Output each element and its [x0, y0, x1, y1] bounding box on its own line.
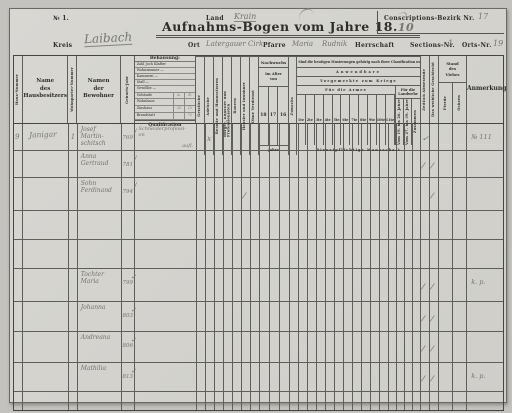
landwehr-cell: [413, 151, 421, 177]
ort-label: Ort: [188, 42, 200, 49]
age-cell: [260, 151, 270, 177]
zuwachs-cell: [290, 240, 299, 268]
age-cell: [260, 178, 270, 210]
anwendbare-line3: Vorgemerkte zum Kriege: [297, 77, 420, 86]
class-cell: [353, 211, 362, 239]
status-cell: [215, 332, 224, 362]
birth-year-value: 781: [122, 156, 134, 168]
status-cell: [206, 392, 215, 410]
remark-cell: k. p.: [467, 269, 503, 301]
resident-name-lines: Johanna: [78, 302, 121, 311]
column-header-label: Haus-Nummer: [16, 74, 20, 105]
status-cell: [224, 124, 233, 150]
livestock-columns: PferdeOchsen: [439, 83, 466, 123]
ort-value: Latergauer Cirk.: [206, 40, 265, 48]
livestock-cell: [453, 392, 467, 410]
age-cell: [280, 240, 290, 268]
remark-cell: [467, 392, 503, 410]
class-cell: [389, 392, 398, 410]
livestock-cell: [453, 269, 467, 301]
tally-mark: /: [422, 374, 426, 383]
livestock-cell: [453, 363, 467, 391]
class-cell: [353, 363, 362, 391]
livestock-cell: [453, 240, 467, 268]
class-cell: [389, 332, 398, 362]
class-cell: [335, 151, 344, 177]
qualification-line: on: [138, 132, 195, 138]
building-row: Brandstatt72: [135, 113, 195, 120]
party-number-value: 1: [69, 133, 75, 141]
column-header-label: Geburts-Jahr: [126, 76, 130, 104]
owner-name-cell: [23, 302, 69, 331]
landwehr-cell: [413, 269, 421, 301]
birth-year-cell: 799✓: [122, 269, 136, 301]
status-cell: [242, 240, 251, 268]
landwehr-cell: [405, 269, 413, 301]
livestock-cell: [439, 302, 453, 331]
status-cell: [251, 240, 260, 268]
status-cell: [197, 178, 206, 210]
table-row: Mathilia813✓//k. p.: [14, 363, 503, 392]
resident-name-cell: [78, 211, 122, 239]
class-cell: [380, 302, 389, 331]
livestock-cell: [439, 211, 453, 239]
column-header-label: Geistliche: [198, 95, 202, 117]
landwehr-cell: [397, 178, 405, 210]
class-cell: [308, 332, 317, 362]
age-cell: [260, 302, 270, 331]
post-cell: /: [430, 363, 439, 391]
remark-cell: [467, 302, 503, 331]
table-row: [14, 240, 503, 269]
class-cell: [389, 363, 398, 391]
birth-year-cell: 769/: [122, 124, 136, 150]
classification-group: Classification des männlichen Geschlecht…: [196, 56, 421, 123]
status-cell: [197, 151, 206, 177]
post-cell: [430, 392, 439, 410]
building-value-a: A.: [174, 93, 185, 99]
resident-name-lines: AnnaGertraud: [78, 151, 121, 167]
class-cell: [326, 332, 335, 362]
house-number-cell: [14, 240, 23, 268]
resident-name-lines: SohnFerdinand: [78, 178, 121, 194]
class-cell: [344, 392, 353, 410]
table-header: Haus-Nummer Name des Hausbesitzers Wohnp…: [14, 56, 503, 124]
age-cell: [280, 124, 290, 150]
tally-mark: /: [431, 191, 435, 200]
pfarre-value-2: Rudnik: [322, 40, 347, 48]
owner-name-cell: [23, 363, 69, 391]
qualification-cell: [135, 178, 197, 210]
age-cell: [260, 211, 270, 239]
post-cell: /: [430, 178, 439, 210]
birth-year-cell: 813✓: [122, 363, 136, 391]
class-cell: [308, 124, 317, 150]
resident-name-line: Sohn: [81, 180, 120, 187]
house-number-value: 9: [14, 133, 19, 141]
class-cell: [308, 240, 317, 268]
birth-year-value: 769: [122, 129, 134, 141]
herrschaft-label: Herrschaft: [355, 42, 394, 49]
class-cell: [326, 151, 335, 177]
party-number-cell: [69, 178, 78, 210]
class-cell: [380, 240, 389, 268]
livestock-group: Stand des Viehes PferdeOchsen: [439, 56, 467, 123]
class-cell: [371, 240, 380, 268]
landwehr-cell: [413, 332, 421, 362]
class-cell: [299, 124, 308, 150]
age-cell: [270, 302, 280, 331]
status-cell: [197, 392, 206, 410]
dwelling-rows: Zahl Joch KlafterWohnzimmer —Kammern —St…: [135, 62, 195, 93]
birth-year-cell: [122, 392, 136, 410]
livestock-cell: [453, 302, 467, 331]
landwehr-cell: [405, 151, 413, 177]
status-cell: [224, 211, 233, 239]
house-number-cell: [14, 302, 23, 331]
building-label: Brandstatt: [135, 113, 174, 119]
class-cell: [299, 332, 308, 362]
qualification-cell: [135, 332, 197, 362]
landwehr-cell: [413, 363, 421, 391]
livestock-cell: [453, 124, 467, 150]
class-cell: [326, 124, 335, 150]
class-cell: [389, 269, 398, 301]
age-cell: [280, 363, 290, 391]
post-cell: /: [421, 302, 430, 331]
class-cell: [362, 392, 371, 410]
house-number-cell: [14, 392, 23, 410]
party-number-cell: [69, 363, 78, 391]
party-number-cell: [69, 211, 78, 239]
post-column-header: Zeitlich Abwesende: [421, 56, 430, 123]
age-cell: [270, 151, 280, 177]
party-number-cell: [69, 332, 78, 362]
owner-name-cell: [23, 240, 69, 268]
building-row: Wohnhaus: [135, 99, 195, 106]
class-cell: [335, 211, 344, 239]
class-cell: [371, 302, 380, 331]
party-number-cell: [69, 302, 78, 331]
status-cell: [197, 332, 206, 362]
building-value-b: 72: [185, 113, 195, 119]
landwehr-cell: [405, 124, 413, 150]
landwehr-cell: [397, 151, 405, 177]
tally-mark: /: [431, 161, 435, 170]
class-cell: [362, 151, 371, 177]
class-cell: [308, 151, 317, 177]
party-number-cell: [69, 392, 78, 410]
tally-mark: /: [431, 374, 435, 383]
status-cell: [251, 302, 260, 331]
status-cell: [215, 211, 224, 239]
tally-mark: /: [422, 282, 426, 291]
resident-name-cell: SohnFerdinand: [78, 178, 122, 210]
status-cell: [224, 178, 233, 210]
landwehr-cell: [413, 178, 421, 210]
landwehr-cell: [413, 211, 421, 239]
class-cell: [371, 211, 380, 239]
class-cell: [317, 332, 326, 362]
age-cell: [280, 178, 290, 210]
status-cell: /: [242, 178, 251, 210]
post-cell: [421, 178, 430, 210]
class-cell: [299, 178, 308, 210]
class-cell: [299, 151, 308, 177]
class-cell: [362, 302, 371, 331]
status-cell: [224, 302, 233, 331]
livestock-cell: [453, 211, 467, 239]
livestock-cell: [439, 151, 453, 177]
conscription-value: 17: [478, 12, 488, 21]
livestock-cell: [439, 332, 453, 362]
class-cell: [308, 392, 317, 410]
status-cell: [251, 269, 260, 301]
armee-title: Für die Armee: [297, 86, 395, 95]
class-cell: [299, 269, 308, 301]
post-column-header: Das weibliche Geschlecht: [430, 56, 439, 123]
status-cell: [224, 332, 233, 362]
table-row: Johanna803✓//: [14, 302, 503, 332]
class-cell: [317, 302, 326, 331]
class-cell: [380, 124, 389, 150]
landwehr-cell: [405, 178, 413, 210]
column-header-owner: Name des Hausbesitzers: [23, 56, 69, 123]
class-cell: [317, 269, 326, 301]
status-cell: [251, 332, 260, 362]
column-header-label: Ochsen: [458, 95, 462, 111]
status-cell: [197, 211, 206, 239]
landwehr-cell: [397, 211, 405, 239]
livestock-cell: [439, 178, 453, 210]
class-cell: [353, 240, 362, 268]
tally-mark: /: [242, 191, 246, 200]
age-cell: [270, 240, 280, 268]
landwehr-cell: [413, 302, 421, 331]
class-cell: [335, 392, 344, 410]
age-cell: [270, 392, 280, 410]
landwehr-cell: [397, 124, 405, 150]
house-number-cell: 9: [14, 124, 23, 150]
column-header-dwelling: Behausung: Zahl Joch KlafterWohnzimmer —…: [135, 56, 196, 123]
status-cell: [251, 392, 260, 410]
section-value: 1: [448, 39, 453, 48]
remark-cell: [467, 332, 503, 362]
class-cell: [362, 211, 371, 239]
status-cell: [206, 178, 215, 210]
resident-name-lines: TochterMaria: [78, 269, 121, 285]
qualification-lines: Schneiderprofessi-on: [135, 124, 196, 138]
house-number-cell: [14, 363, 23, 391]
birth-year-cell: 781/: [122, 151, 136, 177]
class-cell: [380, 392, 389, 410]
tally-mark: /: [431, 344, 435, 353]
landwehr-cell: [405, 240, 413, 268]
class-cell: [362, 332, 371, 362]
kreis-value: Laibach: [84, 30, 133, 48]
zuwachs-cell: [290, 302, 299, 331]
qualification-extra: aufl.: [182, 143, 193, 149]
post-cell: /: [421, 363, 430, 391]
resident-name-line: Anna: [81, 153, 120, 160]
resident-name-line: Ferdinand: [81, 187, 120, 194]
status-cell: [215, 151, 224, 177]
resident-name-line: Tochter: [81, 271, 120, 278]
age-cell: [260, 332, 270, 362]
building-value-a: [174, 113, 185, 119]
owner-name-cell: [23, 392, 69, 410]
class-cell: [362, 269, 371, 301]
tally-mark: ✓: [422, 134, 430, 144]
column-header-birth-year: Geburts-Jahr: [121, 56, 135, 123]
status-cell: [206, 151, 215, 177]
class-cell: [353, 269, 362, 301]
class-cell: [371, 269, 380, 301]
age-cell: [260, 392, 270, 410]
class-cell: [299, 302, 308, 331]
form-header: № 1. Land Krain Aufnahms-Bogen vom Jahre…: [10, 9, 506, 55]
age-cell: [280, 211, 290, 239]
livestock-cell: [439, 240, 453, 268]
nachwuchs-title: Nachwuchs: [259, 57, 288, 68]
class-cell: [353, 332, 362, 362]
owner-name-cell: Janigar: [23, 124, 69, 150]
class-cell: [344, 151, 353, 177]
kreis-label: Kreis: [53, 42, 72, 49]
landwehr-cell: [405, 363, 413, 391]
status-cell: [233, 363, 242, 391]
status-cell: [242, 151, 251, 177]
column-header-label: Pferde: [444, 96, 448, 110]
building-value-b: 12: [185, 106, 195, 112]
landwehr-cell: [397, 269, 405, 301]
scanned-document-page: № 1. Land Krain Aufnahms-Bogen vom Jahre…: [0, 0, 512, 413]
class-cell: [308, 178, 317, 210]
column-header-party: Wohnpartei-Nummer: [68, 56, 77, 123]
column-header-label: Zuwachs: [291, 97, 295, 115]
class-cell: [380, 363, 389, 391]
status-cell: [251, 151, 260, 177]
zuwachs-cell: [290, 178, 299, 210]
qualification-cell: [135, 240, 197, 268]
livestock-cell: [439, 363, 453, 391]
resident-name-cell: Johanna: [78, 302, 122, 331]
resident-name-cell: Andreana: [78, 332, 122, 362]
qualification-cell: [135, 302, 197, 331]
pfarre-label: Pfarre: [263, 42, 286, 49]
status-cell: [233, 124, 242, 150]
class-cell: [326, 363, 335, 391]
table-row: [14, 211, 503, 240]
landwehr-cell: [397, 332, 405, 362]
remark-cell: k. p.: [467, 363, 503, 391]
class-cell: [335, 302, 344, 331]
class-cell: [353, 302, 362, 331]
age-cell: [270, 124, 280, 150]
status-cell: [215, 178, 224, 210]
status-cell: [233, 151, 242, 177]
status-cell: [242, 302, 251, 331]
class-cell: [317, 124, 326, 150]
house-number-cell: [14, 269, 23, 301]
status-cell: [215, 392, 224, 410]
status-cell: [233, 392, 242, 410]
class-cell: [362, 363, 371, 391]
class-cell: [353, 392, 362, 410]
age-cell: [270, 363, 280, 391]
qualification-cell: [135, 392, 197, 410]
zuwachs-cell: [290, 211, 299, 239]
anwendbare-line1: 2. Sind die heutigen Musterungen gehörig…: [297, 57, 420, 68]
class-cell: [380, 269, 389, 301]
table-row: 9Janigar1JosefMartin-schitsch769/Schneid…: [14, 124, 503, 151]
class-cell: [317, 240, 326, 268]
post-cell: /: [430, 332, 439, 362]
status-cell: [233, 332, 242, 362]
class-cell: [371, 124, 380, 150]
status-cell: [233, 240, 242, 268]
class-cell: [299, 392, 308, 410]
status-cell: [224, 151, 233, 177]
building-value-a: [174, 99, 185, 105]
owner-name-cell: [23, 211, 69, 239]
status-cell: [242, 392, 251, 410]
status-cell: [197, 124, 206, 150]
form-sheet: № 1. Land Krain Aufnahms-Bogen vom Jahre…: [9, 8, 507, 403]
landwehr-cell: [397, 240, 405, 268]
class-cell: [389, 302, 398, 331]
class-cell: [317, 211, 326, 239]
status-cell: [233, 302, 242, 331]
resident-name-line: Mathilia: [81, 365, 120, 372]
post-cell: [421, 392, 430, 410]
age-cell: [280, 269, 290, 301]
class-cell: [326, 178, 335, 210]
livestock-column-header: Ochsen: [453, 83, 466, 123]
resident-name-cell: [78, 240, 122, 268]
class-cell: [335, 363, 344, 391]
status-cell: [197, 302, 206, 331]
class-cell: [317, 151, 326, 177]
status-cell: [233, 211, 242, 239]
status-cell: [215, 124, 224, 150]
class-cell: [362, 240, 371, 268]
tally-mark: x: [207, 134, 213, 144]
landwehr-cell: [405, 392, 413, 410]
landwehr-cell: [413, 124, 421, 150]
status-cell: [224, 269, 233, 301]
resident-name-line: Gertraud: [81, 160, 120, 167]
status-cell: [197, 363, 206, 391]
class-cell: [344, 363, 353, 391]
zuwachs-cell: [290, 363, 299, 391]
owner-name-cell: [23, 151, 69, 177]
resident-name-line: Andreana: [81, 334, 120, 341]
resident-name-line: Maria: [81, 278, 120, 285]
class-cell: [344, 124, 353, 150]
class-cell: [308, 363, 317, 391]
landwehr-cell: [397, 363, 405, 391]
house-number-cell: [14, 332, 23, 362]
column-header-label: Zeitlich Abwesende: [423, 69, 427, 111]
remark-cell: № 111: [467, 124, 503, 150]
qualification-cell: Schneiderprofessi-onaufl.: [135, 124, 197, 150]
orts-number-label: Orts-Nr.: [462, 42, 492, 49]
status-cell: [206, 363, 215, 391]
class-cell: [362, 124, 371, 150]
resident-name-lines: JosefMartin-schitsch: [78, 124, 121, 148]
remark-cell: [467, 211, 503, 239]
